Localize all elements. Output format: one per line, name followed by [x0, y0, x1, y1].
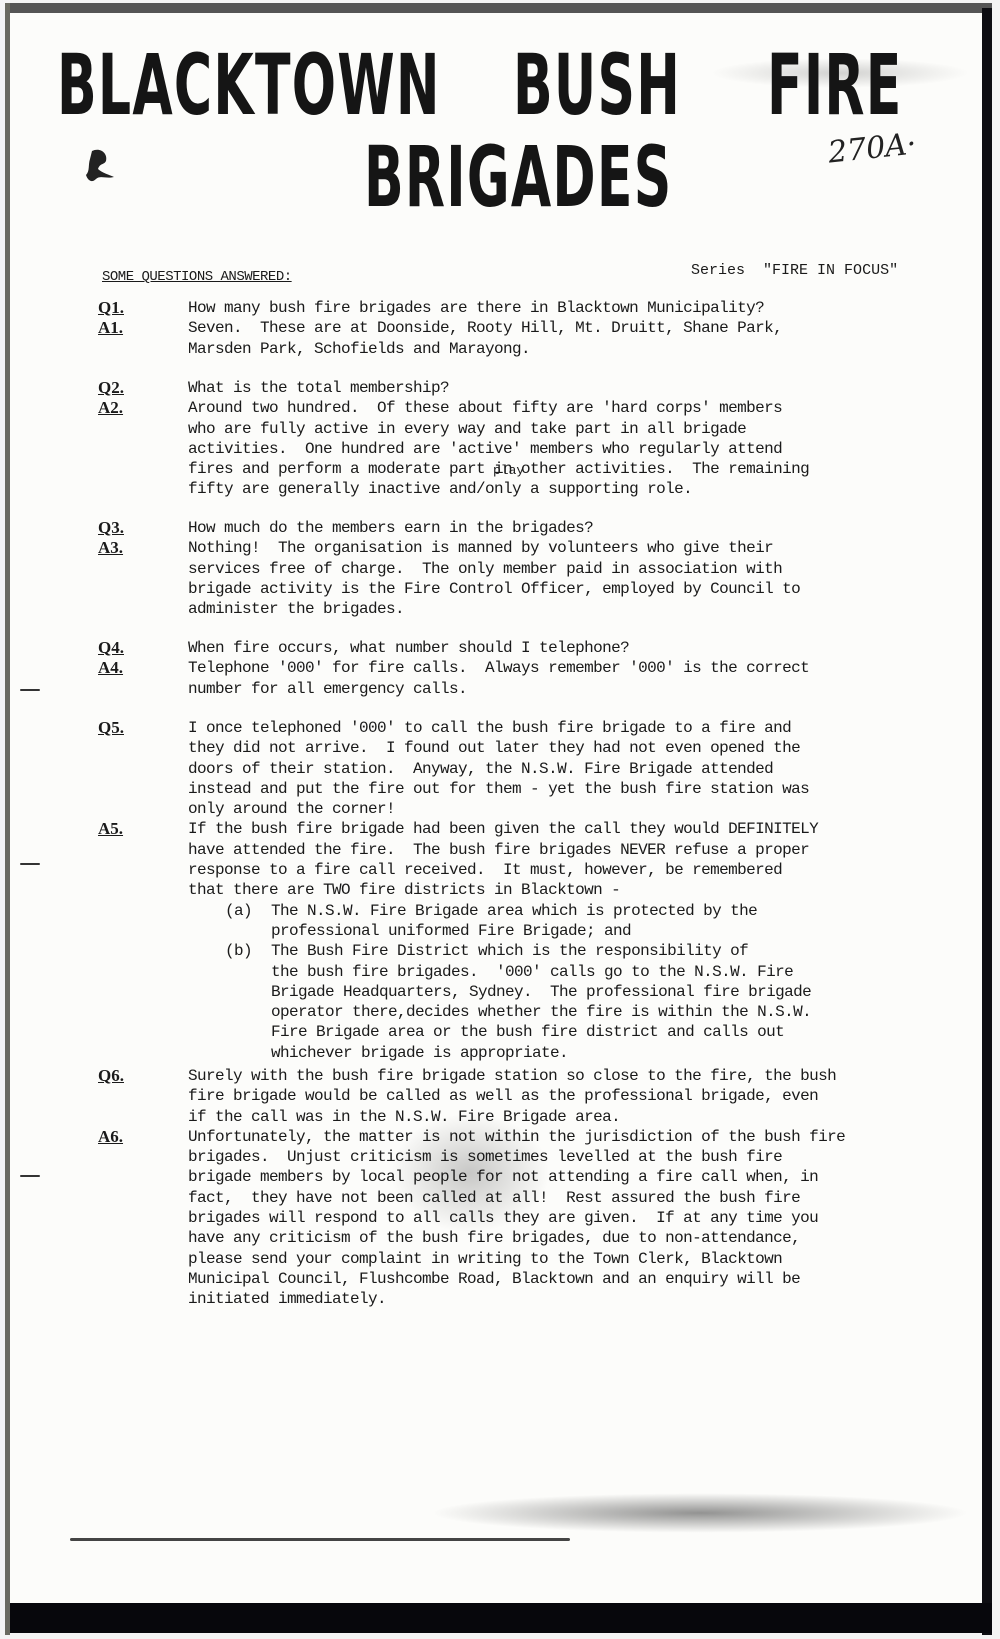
question-line: Q1.How many bush fire brigades are there…: [10, 298, 982, 318]
sub-item-line: whichever brigade is appropriate.: [225, 1043, 982, 1063]
sub-item-label: (b): [225, 941, 252, 961]
qa-block: Q1.How many bush fire brigades are there…: [10, 298, 982, 359]
answer-text: administer the brigades.: [188, 599, 982, 619]
question-line: they did not arrive. I found out later t…: [10, 738, 982, 758]
question-line: Q6.Surely with the bush fire brigade sta…: [10, 1066, 982, 1086]
answer-text: Nothing! The organisation is manned by v…: [188, 538, 982, 558]
question-label: Q1.: [98, 298, 124, 318]
series-name: "FIRE IN FOCUS": [763, 262, 898, 279]
handwritten-insertion: play: [493, 461, 524, 481]
answer-line: who are fully active in every way and ta…: [10, 419, 982, 439]
sub-item-text: professional uniformed Fire Brigade; and: [271, 921, 982, 941]
question-label: Q3.: [98, 518, 124, 538]
answer-label: A1.: [98, 318, 123, 338]
sub-item-text: The N.S.W. Fire Brigade area which is pr…: [271, 901, 982, 921]
answer-line: number for all emergency calls.: [10, 679, 982, 699]
answer-text: have attended the fire. The bush fire br…: [188, 840, 982, 860]
sub-item-line: (a)The N.S.W. Fire Brigade area which is…: [225, 901, 982, 921]
answer-text: who are fully active in every way and ta…: [188, 419, 982, 439]
qa-block: Q3.How much do the members earn in the b…: [10, 518, 982, 619]
answer-text: If the bush fire brigade had been given …: [188, 819, 982, 839]
answer-label: A4.: [98, 658, 123, 678]
answer-line: administer the brigades.: [10, 599, 982, 619]
question-text: How many bush fire brigades are there in…: [188, 298, 982, 318]
series-label: Series "FIRE IN FOCUS": [655, 245, 898, 296]
answer-text: brigades will respond to all calls they …: [188, 1208, 982, 1228]
sub-item-line: Brigade Headquarters, Sydney. The profes…: [225, 982, 982, 1002]
question-text: fire brigade would be called as well as …: [188, 1086, 982, 1106]
question-text: I once telephoned '000' to call the bush…: [188, 718, 982, 738]
answer-label: A3.: [98, 538, 123, 558]
sub-item-line: (b)The Bush Fire District which is the r…: [225, 941, 982, 961]
qa-block: Q4.When fire occurs, what number should …: [10, 638, 982, 699]
question-label: Q4.: [98, 638, 124, 658]
sub-item-text: the bush fire brigades. '000' calls go t…: [271, 962, 982, 982]
answer-text: brigade activity is the Fire Control Off…: [188, 579, 982, 599]
answer-text: fires and perform a moderate part in oth…: [188, 459, 982, 479]
answer-line: have any criticism of the bush fire brig…: [10, 1228, 982, 1248]
question-line: only around the corner!: [10, 799, 982, 819]
answer-line: brigade activity is the Fire Control Off…: [10, 579, 982, 599]
answer-text: number for all emergency calls.: [188, 679, 982, 699]
answer-text: brigade members by local people for not …: [188, 1167, 982, 1187]
toner-smudge: [430, 1493, 970, 1533]
answer-line: Municipal Council, Flushcombe Road, Blac…: [10, 1269, 982, 1289]
series-prefix: Series: [691, 262, 745, 279]
question-label: Q6.: [98, 1066, 124, 1086]
answer-line: brigade members by local people for not …: [10, 1167, 982, 1187]
bottom-edge-mark: [70, 1538, 570, 1541]
answer-text: Seven. These are at Doonside, Rooty Hill…: [188, 318, 982, 338]
title-word-brigades: BRIGADES: [364, 135, 672, 219]
answer-text: Unfortunately, the matter is not within …: [188, 1127, 982, 1147]
question-text: if the call was in the N.S.W. Fire Briga…: [188, 1107, 982, 1127]
answer-label: A6.: [98, 1127, 123, 1147]
question-label: Q5.: [98, 718, 124, 738]
sub-item-line: the bush fire brigades. '000' calls go t…: [225, 962, 982, 982]
question-line: fire brigade would be called as well as …: [10, 1086, 982, 1106]
answer-line: A2.Around two hundred. Of these about fi…: [10, 398, 982, 418]
question-text: What is the total membership?: [188, 378, 982, 398]
answer-line: Marsden Park, Schofields and Marayong.: [10, 339, 982, 359]
sub-item-text: The Bush Fire District which is the resp…: [271, 941, 982, 961]
question-text: Surely with the bush fire brigade statio…: [188, 1066, 982, 1086]
answer-line: please send your complaint in writing to…: [10, 1249, 982, 1269]
answer-line: A6.Unfortunately, the matter is not with…: [10, 1127, 982, 1147]
answer-line: fact, they have not been called at all! …: [10, 1188, 982, 1208]
scan-frame-bottom: [10, 1603, 992, 1633]
question-line: instead and put the fire out for them - …: [10, 779, 982, 799]
sub-item-text: Brigade Headquarters, Sydney. The profes…: [271, 982, 982, 1002]
answer-text: Marsden Park, Schofields and Marayong.: [188, 339, 982, 359]
answer-line: initiated immediately.: [10, 1289, 982, 1309]
sub-item-text: Fire Brigade area or the bush fire distr…: [271, 1022, 982, 1042]
question-line: if the call was in the N.S.W. Fire Briga…: [10, 1107, 982, 1127]
answer-text: initiated immediately.: [188, 1289, 982, 1309]
answer-label: A5.: [98, 819, 123, 839]
title-word-blacktown: BLACKTOWN: [57, 43, 441, 127]
answer-line: A1.Seven. These are at Doonside, Rooty H…: [10, 318, 982, 338]
answer-text: please send your complaint in writing to…: [188, 1249, 982, 1269]
answer-line: brigades will respond to all calls they …: [10, 1208, 982, 1228]
sub-item-label: (a): [225, 901, 252, 921]
scan-frame-top: [5, 3, 992, 13]
answer-text: activities. One hundred are 'active' mem…: [188, 439, 982, 459]
ink-blot-icon: [78, 145, 118, 185]
answer-line: A5.If the bush fire brigade had been giv…: [10, 819, 982, 839]
question-text: When fire occurs, what number should I t…: [188, 638, 982, 658]
answer-text: fact, they have not been called at all! …: [188, 1188, 982, 1208]
sub-item-line: operator there,decides whether the fire …: [225, 1002, 982, 1022]
answer-text: Around two hundred. Of these about fifty…: [188, 398, 982, 418]
section-heading: SOME QUESTIONS ANSWERED:: [102, 269, 292, 285]
answer-text: have any criticism of the bush fire brig…: [188, 1228, 982, 1248]
answer-text: services free of charge. The only member…: [188, 559, 982, 579]
question-text: How much do the members earn in the brig…: [188, 518, 982, 538]
question-line: Q2.What is the total membership?: [10, 378, 982, 398]
question-line: Q3.How much do the members earn in the b…: [10, 518, 982, 538]
answer-label: A2.: [98, 398, 123, 418]
answer-line: activities. One hundred are 'active' mem…: [10, 439, 982, 459]
question-line: Q5.I once telephoned '000' to call the b…: [10, 718, 982, 738]
question-line: Q4.When fire occurs, what number should …: [10, 638, 982, 658]
answer-line: services free of charge. The only member…: [10, 559, 982, 579]
answer-line: A3.Nothing! The organisation is manned b…: [10, 538, 982, 558]
answer-text: Municipal Council, Flushcombe Road, Blac…: [188, 1269, 982, 1289]
answer-line: that there are TWO fire districts in Bla…: [10, 880, 982, 900]
document-page: BLACKTOWN BUSH FIRE BRIGADES 270A· Serie…: [10, 13, 982, 1603]
title-word-fire: FIRE: [767, 43, 903, 127]
sub-item-line: Fire Brigade area or the bush fire distr…: [225, 1022, 982, 1042]
answer-line: A4.Telephone '000' for fire calls. Alway…: [10, 658, 982, 678]
answer-line: fifty are generally inactive and/only a …: [10, 479, 982, 499]
question-text: instead and put the fire out for them - …: [188, 779, 982, 799]
question-label: Q2.: [98, 378, 124, 398]
answer-line: response to a fire call received. It mus…: [10, 860, 982, 880]
answer-text: brigades. Unjust criticism is sometimes …: [188, 1147, 982, 1167]
question-line: doors of their station. Anyway, the N.S.…: [10, 759, 982, 779]
answer-line: brigades. Unjust criticism is sometimes …: [10, 1147, 982, 1167]
question-text: they did not arrive. I found out later t…: [188, 738, 982, 758]
qa-block: Q5.I once telephoned '000' to call the b…: [10, 718, 982, 1063]
qa-block: Q6.Surely with the bush fire brigade sta…: [10, 1066, 982, 1310]
sub-item-text: operator there,decides whether the fire …: [271, 1002, 982, 1022]
qa-block: Q2.What is the total membership?A2.Aroun…: [10, 378, 982, 500]
scan-frame-right: [982, 8, 992, 1635]
question-text: only around the corner!: [188, 799, 982, 819]
answer-text: fifty are generally inactive and/only a …: [188, 479, 982, 499]
sub-item-text: whichever brigade is appropriate.: [271, 1043, 982, 1063]
answer-text: response to a fire call received. It mus…: [188, 860, 982, 880]
title-word-bush: BUSH: [513, 43, 681, 127]
sub-item-line: professional uniformed Fire Brigade; and: [225, 921, 982, 941]
question-text: doors of their station. Anyway, the N.S.…: [188, 759, 982, 779]
answer-text: that there are TWO fire districts in Bla…: [188, 880, 982, 900]
answer-text: Telephone '000' for fire calls. Always r…: [188, 658, 982, 678]
answer-line: have attended the fire. The bush fire br…: [10, 840, 982, 860]
